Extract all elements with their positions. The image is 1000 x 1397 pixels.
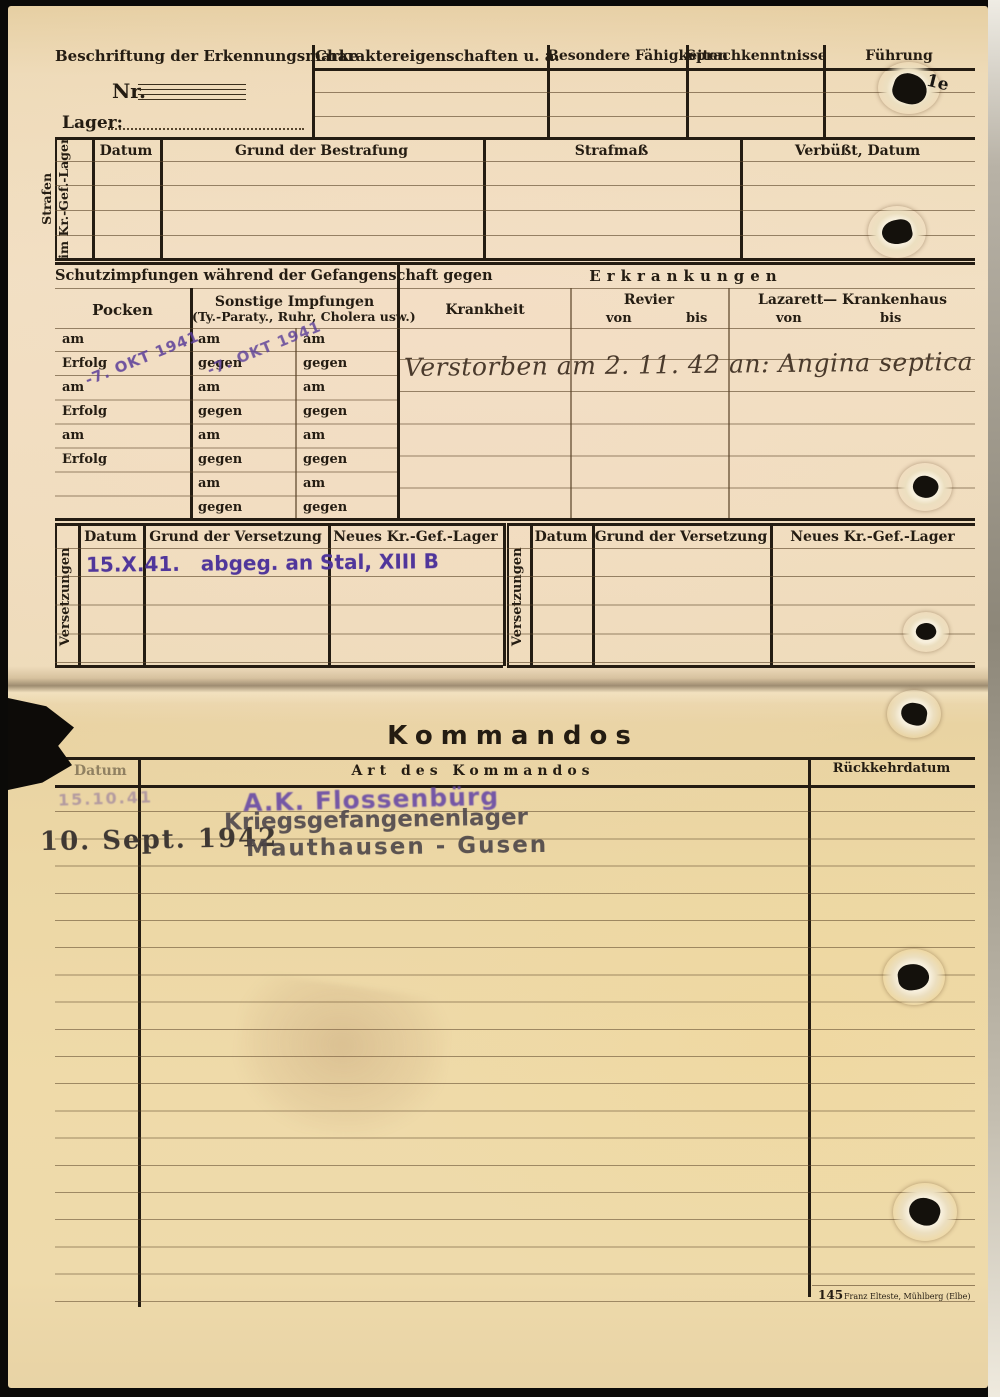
versetzungen-left-grund-header: Grund der Versetzung bbox=[143, 529, 328, 545]
sonstige-a-row-label: am bbox=[198, 429, 220, 444]
strafen-grund-header: Grund der Bestrafung bbox=[160, 143, 483, 159]
sonstige-a-row-label: am bbox=[198, 333, 220, 348]
line bbox=[315, 68, 975, 71]
sonstige-subheader: (Ty.-Paraty., Ruhr, Cholera usw.) bbox=[192, 310, 397, 324]
line bbox=[55, 258, 975, 261]
versetzungen-right-neues-header: Neues Kr.-Gef.-Lager bbox=[770, 529, 975, 545]
pocken-row-label: Erfolg bbox=[62, 405, 107, 420]
line bbox=[55, 137, 975, 140]
sonstige-a-row-label: am bbox=[198, 477, 220, 492]
stamp-kgl-mauthausen-line1: Kriegsgefangenenlager bbox=[224, 804, 528, 835]
kommandos-title: Kommandos bbox=[373, 722, 653, 752]
kommandos-art-header: Art des Kommandos bbox=[138, 763, 808, 779]
revier-header: Revier bbox=[570, 292, 728, 308]
sonstige-a-row-label: gegen bbox=[198, 405, 242, 420]
strafen-verbuesst-header: Verbüßt, Datum bbox=[740, 143, 975, 159]
sonstige-b-row-label: gegen bbox=[303, 501, 347, 516]
kommandos-datum-header: Datum bbox=[74, 763, 127, 779]
nr-ruled-lines bbox=[138, 84, 246, 104]
strafen-side-line1: Strafen bbox=[39, 173, 54, 225]
stamp-transfer-stalag: 15.X.41. abgeg. an Stal, XIII B bbox=[86, 549, 439, 577]
versetzungen-right-ruled-rows bbox=[507, 548, 975, 663]
kommandos-rueckkehr-header: Rückkehrdatum bbox=[808, 762, 975, 777]
line bbox=[503, 523, 506, 666]
pow-record-card: Beschriftung der Erkennungsmarke Nr. Lag… bbox=[8, 6, 988, 1388]
sonstige-a-row-label: gegen bbox=[198, 453, 242, 468]
lazarett-bis-label: bis bbox=[880, 312, 901, 327]
form-number: 145 bbox=[818, 1289, 843, 1303]
erkrankungen-title: Erkrankungen bbox=[397, 268, 975, 285]
krankheit-header: Krankheit bbox=[400, 302, 570, 318]
line bbox=[315, 116, 975, 117]
sonstige-b-row-label: gegen bbox=[303, 405, 347, 420]
photo-right-edge bbox=[988, 0, 1000, 1397]
line bbox=[55, 262, 975, 265]
kommandos-ruled-rows bbox=[55, 785, 975, 1303]
handwritten-death-entry: Verstorben am 2. 11. 42 an: Angina septi… bbox=[404, 347, 973, 382]
revier-von-label: von bbox=[606, 312, 632, 327]
line bbox=[315, 92, 975, 93]
line bbox=[507, 523, 975, 526]
sonstige-b-row-label: gegen bbox=[303, 357, 347, 372]
pocken-row-label: am bbox=[62, 429, 84, 444]
versetzungen-right-datum-header: Datum bbox=[530, 529, 592, 545]
line bbox=[55, 288, 975, 289]
sprachen-label: Sprachkenntnisse bbox=[686, 48, 823, 64]
versetzungen-left-datum-header: Datum bbox=[78, 529, 143, 545]
line bbox=[812, 1285, 975, 1286]
strafen-ruled-rows bbox=[55, 161, 975, 258]
strafen-datum-header: Datum bbox=[92, 143, 160, 159]
fold-crease bbox=[8, 666, 988, 704]
line bbox=[55, 518, 975, 521]
printer-imprint: Franz Elteste, Mühlberg (Elbe) bbox=[844, 1292, 970, 1301]
pocken-row-label: am bbox=[62, 381, 84, 396]
versetzungen-left-neues-header: Neues Kr.-Gef.-Lager bbox=[328, 529, 503, 545]
faehigkeiten-label: Besondere Fähigkeiten bbox=[547, 48, 686, 64]
sonstige-a-row-label: am bbox=[198, 381, 220, 396]
strafen-strafmass-header: Strafmaß bbox=[483, 143, 740, 159]
versetzungen-right-grund-header: Grund der Versetzung bbox=[592, 529, 770, 545]
pocken-header: Pocken bbox=[55, 302, 190, 319]
line bbox=[55, 757, 975, 760]
impfungen-title: Schutzimpfungen während der Gefangenscha… bbox=[55, 268, 397, 285]
pocken-row-label: Erfolg bbox=[62, 453, 107, 468]
pocken-row-label: am bbox=[62, 333, 84, 348]
sonstige-b-row-label: am bbox=[303, 429, 325, 444]
stamp-date-faded: 15.10.41 bbox=[58, 787, 154, 809]
sonstige-b-row-label: am bbox=[303, 381, 325, 396]
line bbox=[55, 523, 503, 526]
sonstige-b-row-label: am bbox=[303, 477, 325, 492]
sonstige-header: Sonstige Impfungen bbox=[192, 294, 397, 310]
charakter-label: Charaktereigenschaften u. a. bbox=[315, 48, 547, 65]
bleed-through-stamp bbox=[226, 971, 455, 1149]
erkennungsmarke-label: Beschriftung der Erkennungsmarke bbox=[55, 48, 315, 65]
sonstige-a-row-label: gegen bbox=[198, 501, 242, 516]
fuehrung-label: Führung bbox=[823, 48, 975, 64]
lager-dotted-line bbox=[108, 116, 304, 130]
stamp-kgl-mauthausen-line2: Mauthausen - Gusen bbox=[246, 832, 549, 862]
sonstige-b-row-label: gegen bbox=[303, 453, 347, 468]
revier-bis-label: bis bbox=[686, 312, 707, 327]
scanned-photo-background: { "document": { "top": { "erkennungsmark… bbox=[0, 0, 1000, 1397]
lazarett-header: Lazarett— Krankenhaus bbox=[730, 292, 975, 308]
lazarett-von-label: von bbox=[776, 312, 802, 327]
